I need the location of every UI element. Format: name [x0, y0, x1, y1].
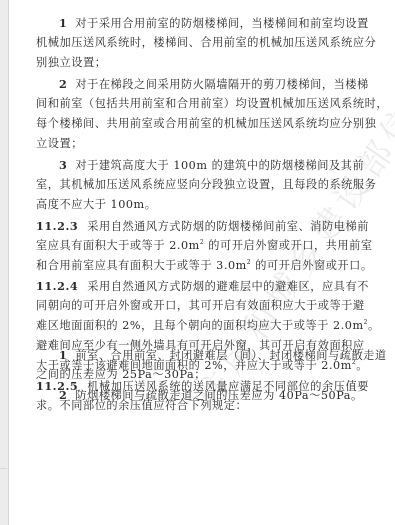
sub-item-1: 1前室、合用前室、封闭避难层（间）、封闭楼梯间与疏散走道 [36, 348, 381, 363]
divider [0, 468, 7, 469]
document-page-lower: 1前室、合用前室、封闭避难层（间）、封闭楼梯间与疏散走道 之间的压差应为 25P… [36, 0, 358, 525]
sub-item-2: 2防烟楼梯间与疏散走道之间的压差应为 40Pa～50Pa。 [36, 388, 381, 403]
text-line: 之间的压差应为 25Pa～30Pa； [36, 368, 358, 382]
viewer-left-edge [0, 0, 9, 525]
